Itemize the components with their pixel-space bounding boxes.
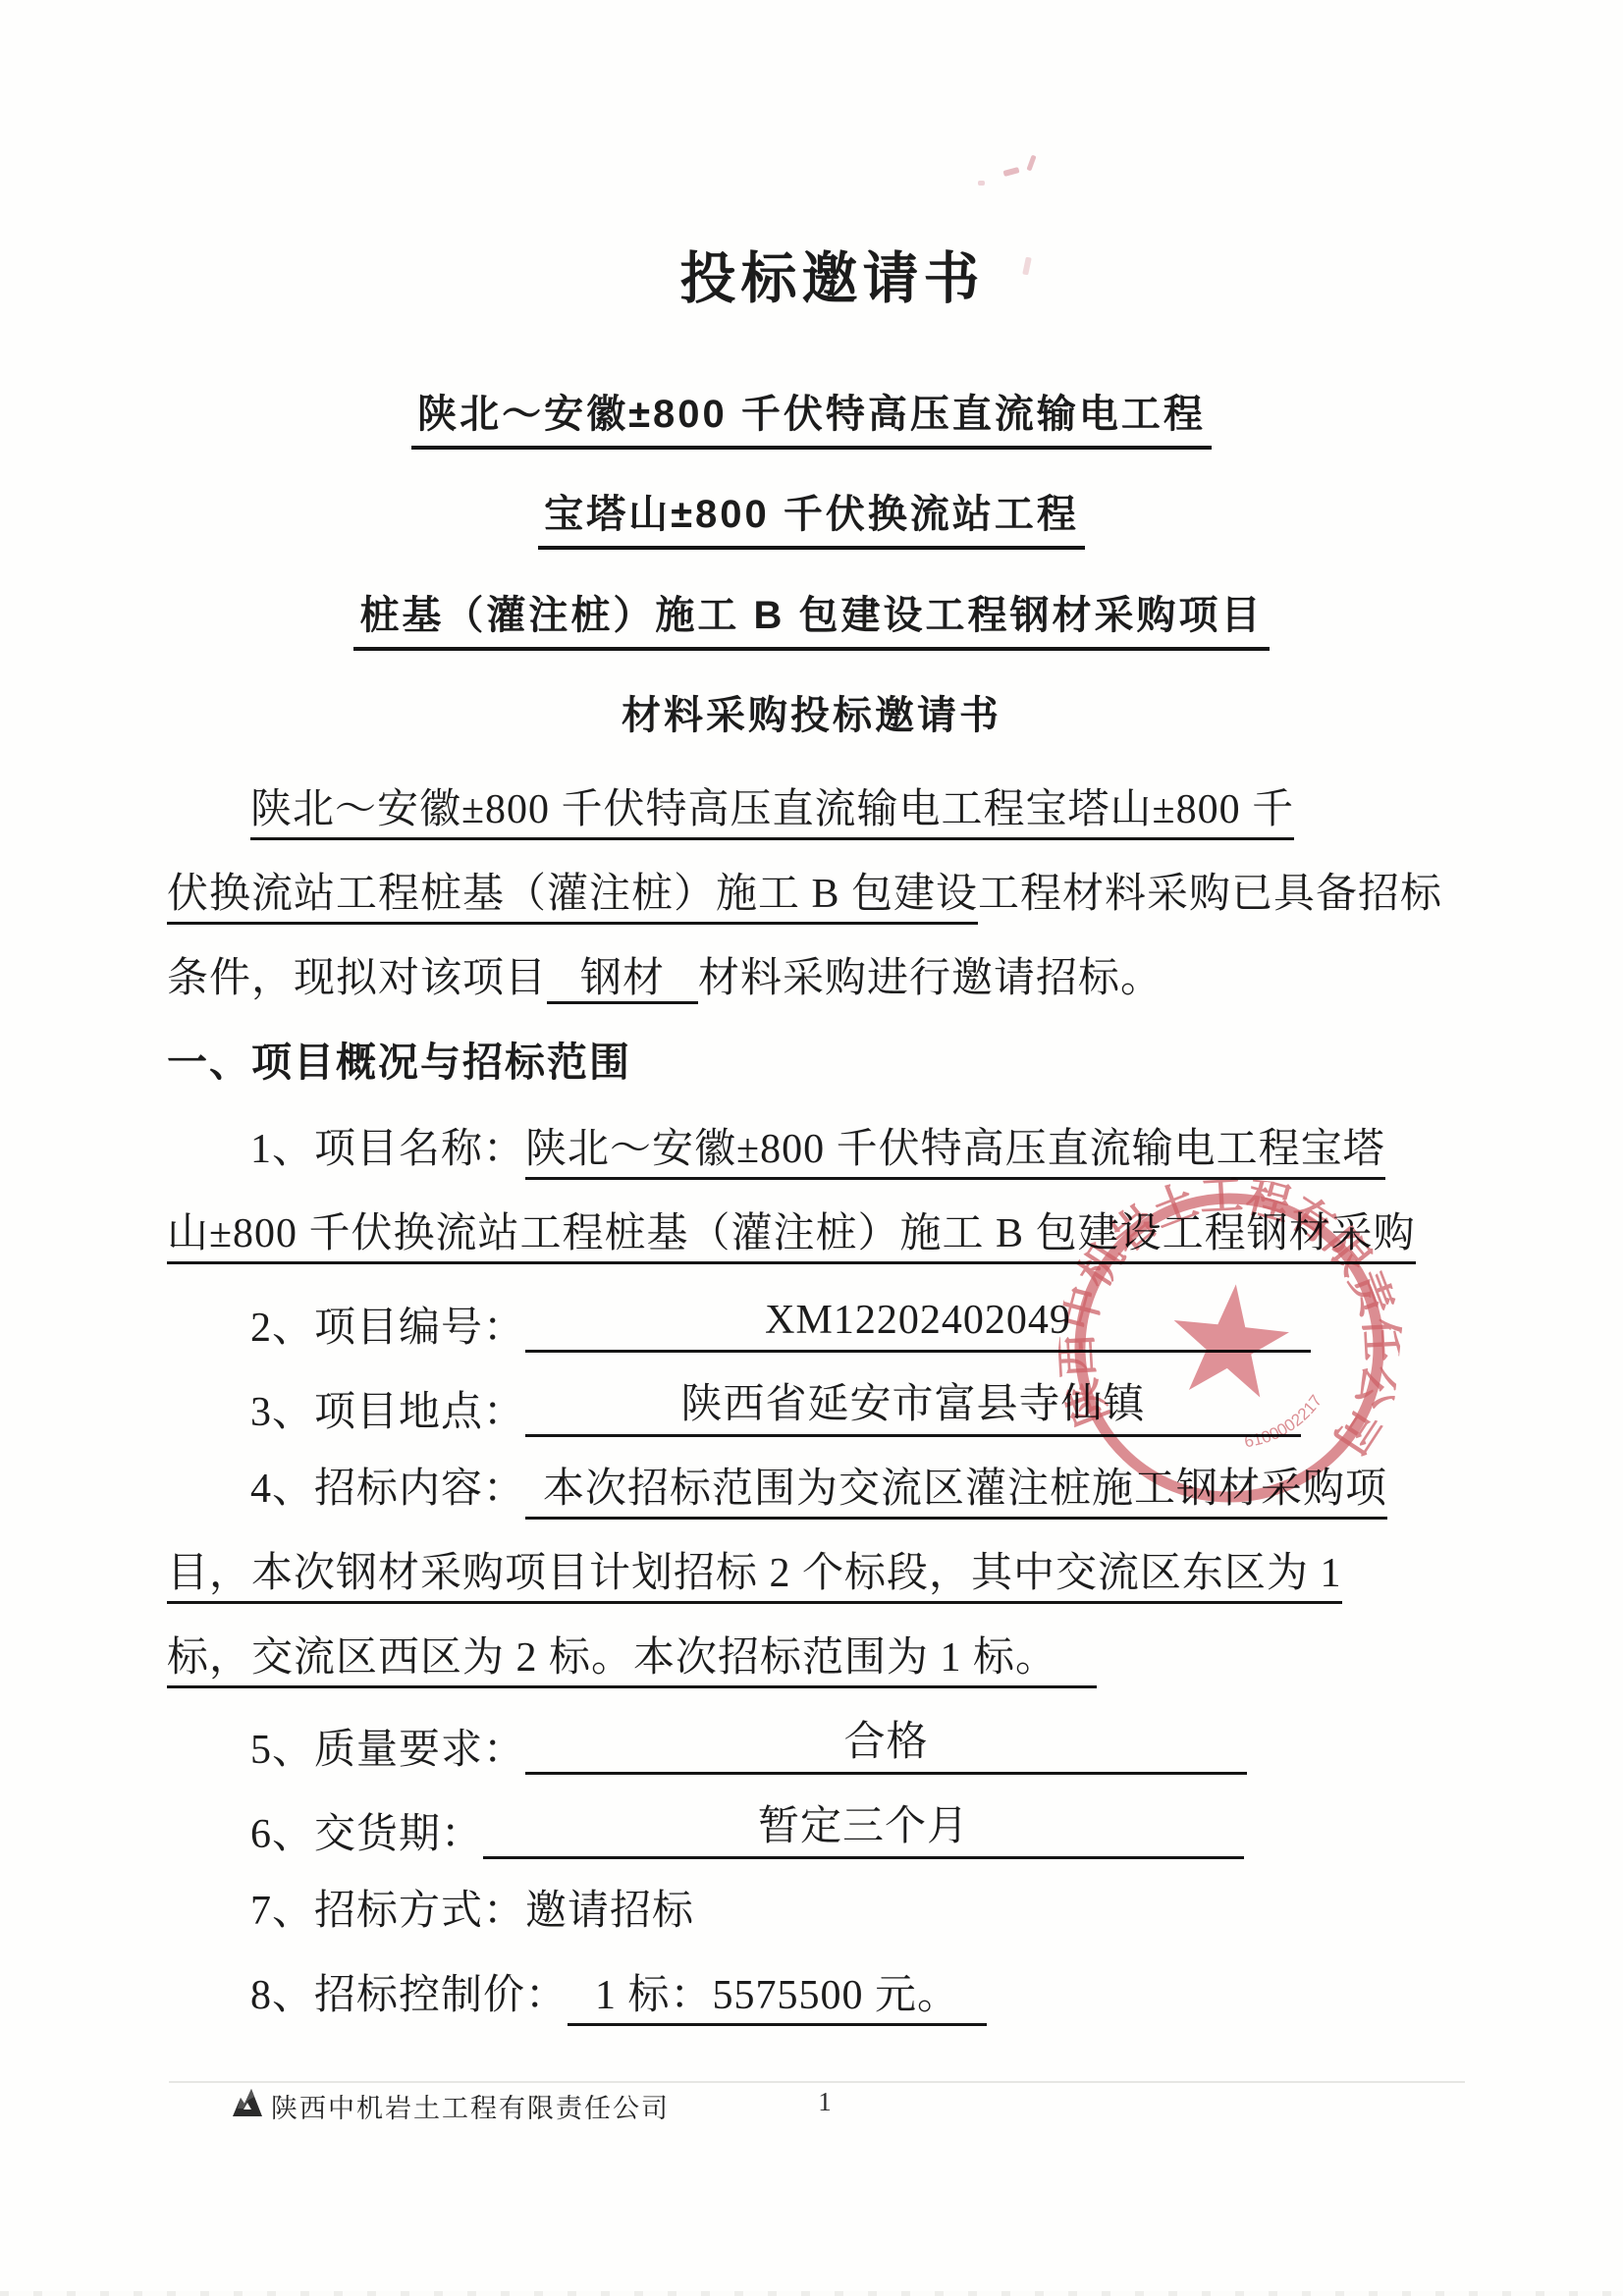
- scanned-document-page: 投标邀请书 陕北～安徽±800 千伏特高压直流输电工程 宝塔山±800 千伏换流…: [0, 0, 1623, 2296]
- page-number: 1: [805, 2087, 844, 2117]
- item-value-underlined: 目，本次钢材采购项目计划招标 2 个标段，其中交流区东区为 1: [167, 1551, 1342, 1604]
- red-ink-speck: [1002, 167, 1019, 177]
- intro-plain-text: 工程材料采购已具备招标: [978, 872, 1442, 917]
- subtitle-invitation-line: 材料采购投标邀请书: [0, 684, 1623, 740]
- quality-value: 合格: [525, 1718, 1247, 1775]
- footer-divider: [169, 2081, 1465, 2083]
- item-control-price: 8、招标控制价：1 标：5575500 元。: [250, 1971, 987, 2020]
- intro-line-1: 陕北～安徽±800 千伏特高压直流输电工程宝塔山±800 千: [250, 785, 1294, 834]
- control-price-value: 1 标：5575500 元。: [568, 1973, 987, 2026]
- intro-line-2: 伏换流站工程桩基（灌注桩）施工 B 包建设工程材料采购已具备招标: [167, 870, 1442, 919]
- subtitle-text: 宝塔山±800 千伏换流站工程: [538, 483, 1085, 550]
- item-project-name: 1、项目名称：陕北～安徽±800 千伏特高压直流输电工程宝塔: [250, 1125, 1385, 1174]
- bid-method-value: 邀请招标: [525, 1889, 694, 1934]
- document-title: 投标邀请书: [0, 234, 1623, 314]
- subtitle-text: 材料采购投标邀请书: [622, 684, 1001, 740]
- intro-underlined-text: 陕北～安徽±800 千伏特高压直流输电工程宝塔山±800 千: [250, 787, 1294, 840]
- item-bid-method: 7、招标方式：邀请招标: [250, 1887, 694, 1936]
- footer-company-name: 陕西中机岩土工程有限责任公司: [271, 2087, 670, 2125]
- intro-underlined-text: 伏换流站工程桩基（灌注桩）施工 B 包建设: [167, 872, 978, 925]
- company-seal: 陕西中机岩土工程有限责任公司 6100002217: [1043, 1161, 1416, 1534]
- item-bid-content-cont: 目，本次钢材采购项目计划招标 2 个标段，其中交流区东区为 1: [167, 1549, 1342, 1598]
- subtitle-text: 桩基（灌注桩）施工 B 包建设工程钢材采购项目: [353, 584, 1269, 651]
- item-label: 4、招标内容：: [250, 1467, 525, 1512]
- item-quality-requirement: 5、质量要求：合格: [250, 1718, 1247, 1775]
- red-ink-speck: [978, 181, 985, 186]
- intro-plain-text: 条件，现拟对该项目: [167, 956, 547, 1001]
- item-label: 1、项目名称：: [250, 1127, 525, 1172]
- delivery-value: 暂定三个月: [483, 1802, 1244, 1859]
- item-bid-content-cont: 标，交流区西区为 2 标。本次招标范围为 1 标。: [167, 1633, 1097, 1682]
- intro-plain-text: 材料采购进行邀请招标。: [698, 956, 1163, 1001]
- item-label: 5、质量要求：: [250, 1728, 525, 1773]
- intro-line-3: 条件，现拟对该项目钢材材料采购进行邀请招标。: [167, 954, 1163, 1003]
- item-label: 7、招标方式：: [250, 1889, 525, 1934]
- subtitle-station-line: 宝塔山±800 千伏换流站工程: [0, 483, 1623, 550]
- item-label: 8、招标控制价：: [250, 1973, 568, 2018]
- subtitle-package-line: 桩基（灌注桩）施工 B 包建设工程钢材采购项目: [0, 584, 1623, 651]
- item-value-underlined: 陕北～安徽±800 千伏特高压直流输电工程宝塔: [525, 1127, 1385, 1180]
- red-ink-speck: [1026, 155, 1036, 172]
- item-delivery-period: 6、交货期：暂定三个月: [250, 1802, 1244, 1859]
- item-value-underlined: 标，交流区西区为 2 标。本次招标范围为 1 标。: [167, 1635, 1097, 1688]
- material-fill-in-blank: 钢材: [547, 956, 698, 1004]
- seal-registration-number: 6100002217: [1241, 1385, 1326, 1459]
- item-label: 3、项目地点：: [250, 1390, 525, 1435]
- subtitle-text: 陕北～安徽±800 千伏特高压直流输电工程: [411, 383, 1212, 450]
- section-heading: 一、项目概况与招标范围: [167, 1039, 631, 1087]
- subtitle-project-line: 陕北～安徽±800 千伏特高压直流输电工程: [0, 383, 1623, 450]
- company-logo-icon: [232, 2088, 263, 2117]
- item-label: 2、项目编号：: [250, 1306, 525, 1351]
- svg-text:6100002217: 6100002217: [1241, 1385, 1326, 1459]
- star-icon: [1166, 1278, 1293, 1400]
- scan-edge-artifact: [0, 2291, 1623, 2296]
- item-label: 6、交货期：: [250, 1812, 483, 1857]
